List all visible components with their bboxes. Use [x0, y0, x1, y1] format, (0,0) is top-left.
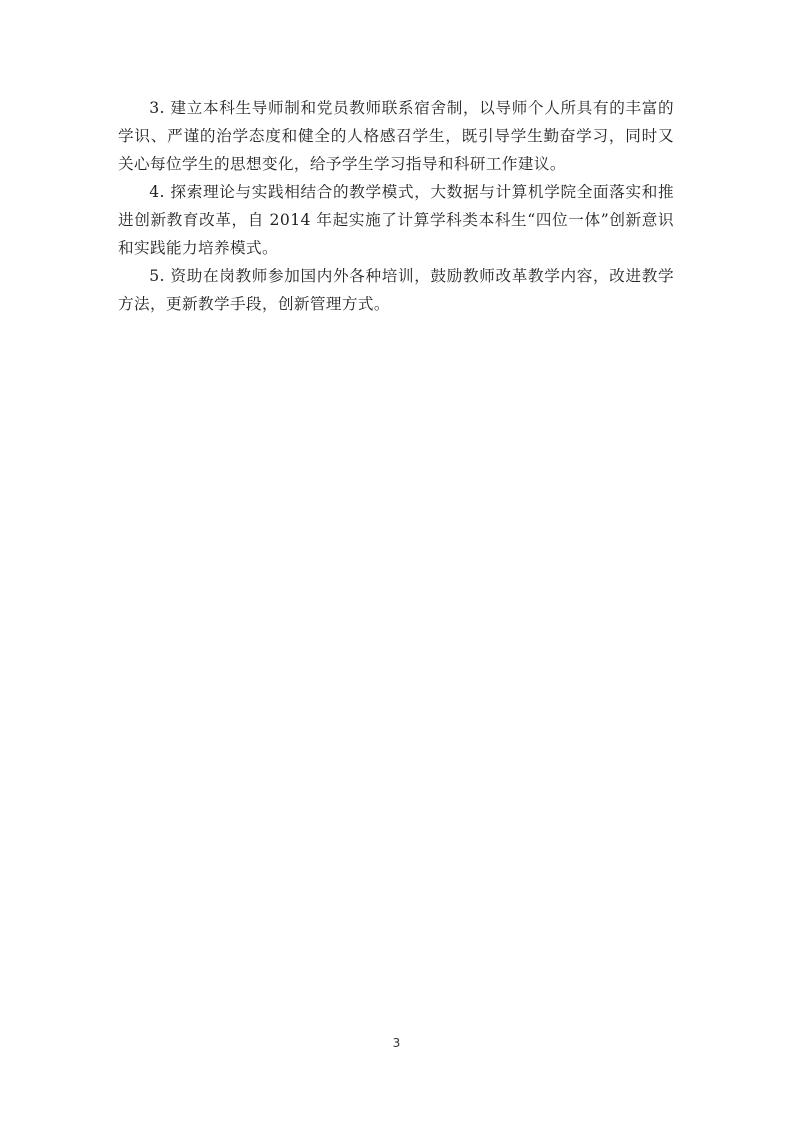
- paragraph-3: 3. 建立本科生导师制和党员教师联系宿舍制，以导师个人所具有的丰富的学识、严谨的…: [118, 94, 674, 178]
- paragraph-4: 4. 探索理论与实践相结合的教学模式，大数据与计算机学院全面落实和推进创新教育改…: [118, 178, 674, 262]
- document-body: 3. 建立本科生导师制和党员教师联系宿舍制，以导师个人所具有的丰富的学识、严谨的…: [118, 94, 674, 318]
- page-number: 3: [0, 1036, 793, 1050]
- paragraph-5: 5. 资助在岗教师参加国内外各种培训，鼓励教师改革教学内容，改进教学方法，更新教…: [118, 262, 674, 318]
